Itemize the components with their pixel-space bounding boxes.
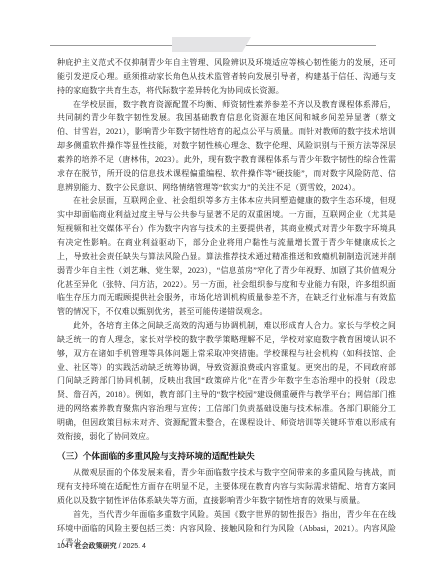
paragraph-society-level: 在社会层面，互联网企业、社会组织等多方主体本应共同塑造健康的数字生态环境，但现实… (57, 194, 396, 319)
journal-page: 种庇护主义范式不仅抑制青少年自主管理、风险辨识及环境适应等核心韧性能力的发展，还… (0, 0, 427, 579)
paragraph-coordination: 此外，各培育主体之间缺乏高效的沟通与协调机制，难以形成育人合力。家长与学校之间缺… (57, 319, 396, 444)
section-heading: （三）个体面临的多重风险与支持环境的适配性缺失 (57, 450, 396, 464)
issue-number: 2025. 4 (123, 543, 146, 550)
paragraph-school-level: 在学校层面，数字教育资源配置不均衡、师资韧性素养参差不齐以及教育课程体系滞后，共… (57, 98, 396, 195)
page-number: 104 (57, 543, 69, 550)
journal-name: 社会政策研究 (75, 543, 117, 550)
article-body: 种庇护主义范式不仅抑制青少年自主管理、风险辨识及环境适应等核心韧性能力的发展，还… (57, 56, 396, 550)
paragraph-continuation: 种庇护主义范式不仅抑制青少年自主管理、风险辨识及环境适应等核心韧性能力的发展，还… (57, 56, 396, 98)
footer-separator-1: / (71, 543, 73, 550)
paragraph-micro-level: 从微观层面的个体发展来看，青少年面临数字技术与数字空间带来的多重风险与挑战，而现… (57, 466, 396, 508)
header-tab-decoration (172, 37, 251, 52)
page-footer: 104/社会政策研究/2025. 4 (57, 542, 146, 552)
footer-separator-2: / (119, 543, 121, 550)
